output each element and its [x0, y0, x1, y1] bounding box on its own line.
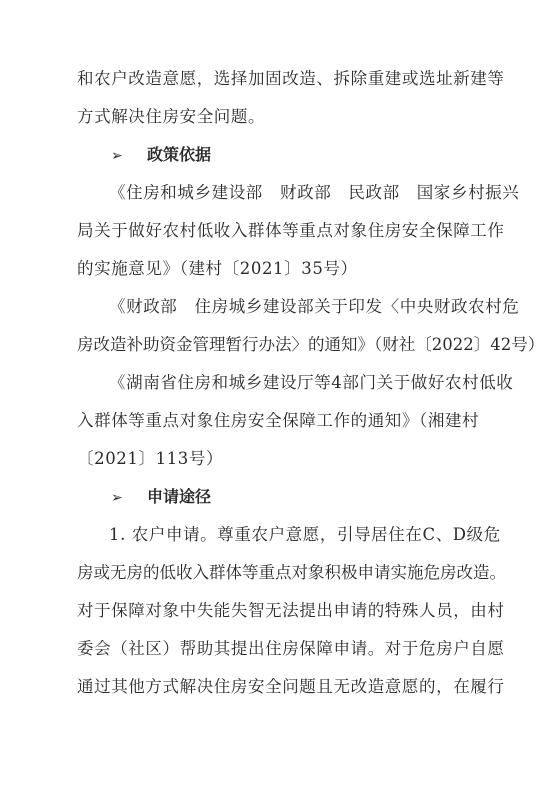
reference-line: 房改造补助资金管理暂行办法〉的通知》（财社〔2022〕42号）: [77, 334, 485, 356]
reference-line: 《财政部 住房城乡建设部关于印发〈中央财政农村危: [109, 296, 485, 318]
body-text-line: 通过其他方式解决住房安全问题且无改造意愿的，在履行: [77, 676, 485, 698]
reference-line: 入群体等重点对象住房安全保障工作的通知》（湘建村: [77, 410, 485, 432]
body-text-line: 和农户改造意愿，选择加固改造、拆除重建或选址新建等: [77, 68, 485, 90]
section-heading-policy: ➢政策依据: [111, 144, 211, 167]
reference-line: 〔2021〕113号）: [77, 448, 485, 470]
body-text-line: 方式解决住房安全问题。: [77, 106, 485, 128]
body-text-line: 对于保障对象中失能失智无法提出申请的特殊人员，由村: [77, 600, 485, 622]
body-text-line: 房或无房的低收入群体等重点对象积极申请实施危房改造。: [77, 562, 485, 584]
section-title: 申请途径: [147, 487, 211, 506]
arrow-bullet-icon: ➢: [111, 145, 147, 167]
section-heading-apply: ➢申请途径: [111, 486, 211, 509]
arrow-bullet-icon: ➢: [111, 487, 147, 509]
reference-line: 局关于做好农村低收入群体等重点对象住房安全保障工作: [77, 220, 485, 242]
section-title: 政策依据: [147, 145, 211, 164]
body-text-line: 委会（社区）帮助其提出住房保障申请。对于危房户自愿: [77, 638, 485, 660]
body-text-line: 1. 农户申请。尊重农户意愿，引导居住在C、D级危: [109, 524, 485, 546]
reference-line: 《住房和城乡建设部 财政部 民政部 国家乡村振兴: [109, 182, 485, 204]
reference-line: 的实施意见》（建村〔2021〕35号）: [77, 258, 485, 280]
reference-line: 《湖南省住房和城乡建设厅等4部门关于做好农村低收: [109, 372, 485, 394]
